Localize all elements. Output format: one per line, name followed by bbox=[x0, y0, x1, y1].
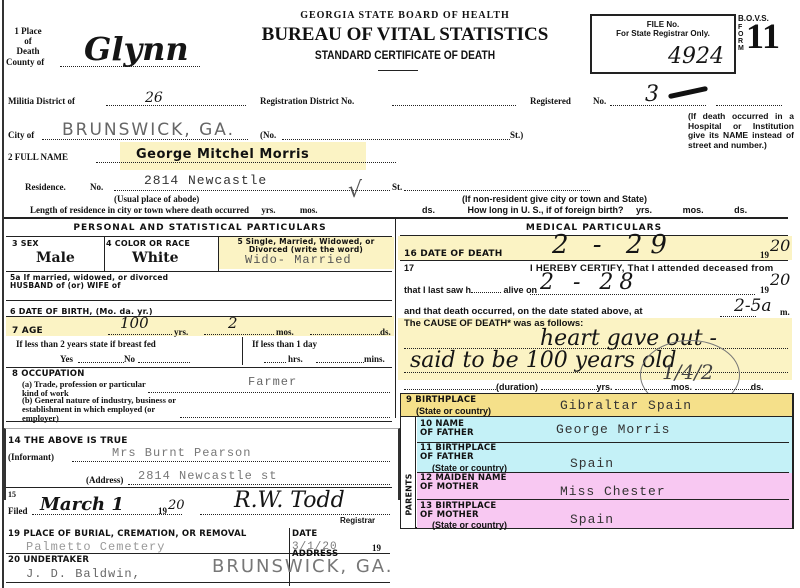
section-divider bbox=[4, 217, 788, 219]
residence-label: Residence. bbox=[25, 182, 66, 192]
form-number: 11 bbox=[746, 16, 780, 56]
marital-label: 5 Single, Married, Widowed, or Divorced … bbox=[222, 238, 390, 254]
registered-no-label: No. bbox=[593, 96, 606, 106]
residence-no-label: No. bbox=[90, 182, 103, 192]
age-years-line bbox=[108, 334, 172, 335]
marital-value: Wido- Married bbox=[245, 253, 352, 267]
column-divider bbox=[395, 218, 396, 418]
undertaker-rule bbox=[6, 582, 390, 583]
address-line bbox=[128, 484, 390, 485]
militia-value: 26 bbox=[145, 90, 163, 106]
board-title: GEORGIA STATE BOARD OF HEALTH bbox=[270, 10, 540, 21]
file-number-box: FILE No. For State Registrar Only. 4924 bbox=[590, 14, 736, 74]
age-ds-unit: ds. bbox=[380, 327, 391, 337]
age-yrs-unit: yrs. bbox=[174, 327, 188, 337]
race-marital-divider bbox=[218, 237, 219, 271]
row-rule-5a bbox=[6, 300, 392, 301]
foreign-birth-label: ds. How long in U. S., if of foreign bir… bbox=[422, 205, 747, 215]
residence-value: 2814 Newcastle bbox=[144, 173, 267, 188]
informant-heading: 14 THE ABOVE IS TRUE bbox=[8, 437, 128, 446]
full-name-label: 2 FULL NAME bbox=[8, 152, 68, 162]
length-of-residence-label: Length of residence in city or town wher… bbox=[30, 205, 318, 215]
personal-section-title: PERSONAL AND STATISTICAL PARTICULARS bbox=[10, 224, 390, 233]
date-of-death-label: 16 DATE OF DEATH bbox=[404, 250, 503, 259]
city-label: City of bbox=[8, 130, 34, 140]
residence-check-mark: √ bbox=[348, 178, 362, 203]
occupation-label: 8 OCCUPATION bbox=[12, 370, 85, 379]
registrar-signature: R.W. Todd bbox=[234, 488, 345, 513]
full-name-value: George Mitchel Morris bbox=[136, 147, 309, 162]
mother-name-rule bbox=[417, 499, 789, 500]
age-months-value: 2 bbox=[228, 314, 238, 332]
registration-district-line bbox=[392, 105, 516, 106]
registrar-line bbox=[200, 514, 390, 515]
cause-line-2-value: said to be 100 years old bbox=[410, 348, 676, 373]
row-rule-6 bbox=[6, 316, 392, 317]
certify-number: 17 bbox=[404, 263, 414, 273]
burial-date-label: DATE bbox=[292, 530, 317, 539]
hrs-label: hrs. bbox=[288, 354, 303, 364]
birthplace-label: 9 BIRTHPLACE bbox=[406, 396, 476, 405]
parents-side-label: PARENTS bbox=[405, 473, 414, 517]
last-saw-value: 2 - 28 bbox=[540, 270, 639, 295]
certificate-title: STANDARD CERTIFICATE OF DEATH bbox=[265, 48, 546, 62]
address-label: (Address) bbox=[86, 475, 123, 485]
mother-birth-sub: (State or country) bbox=[432, 520, 507, 530]
occupation-b-label: (b) General nature of industry, business… bbox=[22, 396, 188, 423]
undertaker-address-value: BRUNSWICK, GA. bbox=[212, 556, 394, 577]
place-of-death-label: 1 Place of Death bbox=[8, 26, 48, 56]
yes-line bbox=[78, 362, 124, 363]
informant-label: (Informant) bbox=[8, 452, 54, 462]
filed-label: Filed bbox=[8, 506, 28, 516]
sex-label: 3 SEX bbox=[12, 239, 39, 248]
registered-label: Registered bbox=[530, 96, 571, 106]
hospital-note: (If death occurred in a Hospital or Inst… bbox=[688, 112, 794, 150]
death-time-value: 2-5a bbox=[734, 296, 772, 316]
undertaker-label: 20 UNDERTAKER bbox=[8, 556, 89, 565]
father-birth-value: Spain bbox=[570, 456, 614, 471]
mother-name-value: Miss Chester bbox=[560, 484, 666, 499]
no-label: No bbox=[124, 354, 135, 364]
age-years-value: 100 bbox=[120, 314, 149, 332]
undertaker-value: J. D. Baldwin, bbox=[26, 567, 141, 581]
mins-label: mins. bbox=[364, 354, 385, 364]
title-underline bbox=[378, 70, 418, 71]
mother-birth-label: 13 BIRTHPLACE OF MOTHER bbox=[420, 502, 500, 520]
last-saw-year: 20 bbox=[770, 270, 790, 289]
city-value: BRUNSWICK, GA. bbox=[62, 120, 235, 140]
mother-name-label: 12 MAIDEN NAME OF MOTHER bbox=[420, 474, 510, 492]
militia-line bbox=[106, 105, 246, 106]
bureau-title: BUREAU OF VITAL STATISTICS bbox=[240, 24, 570, 46]
occupation-b-line bbox=[180, 417, 390, 418]
less-day-label: If less than 1 day bbox=[252, 339, 317, 349]
occupation-bottom-rule bbox=[6, 421, 392, 422]
occupation-a-value: Farmer bbox=[248, 375, 297, 389]
usual-place-note: (Usual place of abode) bbox=[114, 194, 199, 204]
burial-value: Palmetto Cemetery bbox=[26, 540, 165, 554]
age-label: 7 AGE bbox=[12, 327, 43, 336]
county-label: County of bbox=[6, 57, 44, 67]
father-name-label: 10 NAME OF FATHER bbox=[420, 420, 480, 438]
registrar-label: Registrar bbox=[340, 516, 375, 525]
registered-extra-line bbox=[716, 105, 782, 106]
last-saw-label: that I last saw h alive on bbox=[404, 285, 537, 295]
mins-line bbox=[316, 362, 364, 363]
mother-birth-value: Spain bbox=[570, 512, 614, 527]
form-vertical-label: FORM bbox=[738, 24, 746, 52]
father-name-value: George Morris bbox=[556, 422, 670, 437]
filed-year: 20 bbox=[168, 498, 185, 513]
date-of-death-year-prefix: 19 bbox=[760, 250, 769, 260]
race-value: White bbox=[132, 250, 179, 266]
sex-value: Male bbox=[36, 250, 75, 266]
age-highlight bbox=[6, 316, 394, 336]
filed-year-prefix: 19 bbox=[158, 506, 167, 516]
birthplace-sub: (State or country) bbox=[416, 406, 491, 416]
file-number-value: 4924 bbox=[668, 44, 724, 69]
date-of-death-year: 20 bbox=[770, 236, 790, 255]
street-suffix: St.) bbox=[510, 130, 523, 140]
sex-race-divider bbox=[104, 237, 105, 271]
father-birth-label: 11 BIRTHPLACE OF FATHER bbox=[420, 444, 500, 462]
death-time-suffix: m. bbox=[780, 307, 790, 317]
breastfed-divider bbox=[242, 337, 243, 365]
age-months-line bbox=[204, 334, 274, 335]
burial-date-year-prefix: 19 bbox=[372, 543, 381, 553]
duration-handwriting: 1/4/2 bbox=[662, 360, 714, 384]
age-days-line bbox=[310, 334, 380, 335]
row-rule-3 bbox=[6, 271, 392, 272]
last-saw-year-prefix: 19 bbox=[760, 285, 769, 295]
death-time-label: and that death occurred, on the date sta… bbox=[404, 307, 643, 317]
spouse-label: 5a If married, widowed, or divorced HUSB… bbox=[10, 274, 210, 290]
residence-st-label: St. bbox=[392, 182, 402, 192]
burial-label: 19 PLACE OF BURIAL, CREMATION, OR REMOVA… bbox=[8, 530, 246, 539]
birthplace-value: Gibraltar Spain bbox=[560, 398, 692, 413]
breastfed-label: If less than 2 years state if breast fed bbox=[16, 339, 156, 349]
registration-district-label: Registration District No. bbox=[260, 96, 354, 106]
filed-number: 15 bbox=[8, 490, 16, 500]
residence-st-line bbox=[404, 190, 590, 191]
informant-value: Mrs Burnt Pearson bbox=[112, 446, 251, 460]
date-of-death-value: 2 - 29 bbox=[552, 230, 675, 260]
militia-label: Militia District of bbox=[8, 96, 75, 106]
race-label: 4 COLOR OR RACE bbox=[106, 239, 190, 248]
hrs-line bbox=[264, 362, 286, 363]
file-box-title: FILE No. bbox=[592, 20, 734, 29]
street-no-line bbox=[282, 139, 510, 140]
duration-row: (duration) yrs. mos. ds. bbox=[404, 382, 788, 392]
no-line bbox=[138, 362, 190, 363]
date-of-death-rule bbox=[400, 260, 788, 261]
occupation-a-line bbox=[148, 392, 390, 393]
nonresident-note: (If non-resident give city or town and S… bbox=[462, 194, 647, 204]
death-time-line bbox=[720, 316, 756, 317]
row-rule-7 bbox=[6, 367, 392, 368]
registered-check-mark bbox=[668, 86, 708, 99]
registered-value: 3 bbox=[645, 82, 659, 107]
age-mos-unit: mos. bbox=[276, 327, 294, 337]
informant-line bbox=[72, 461, 390, 462]
street-no-label: (No. bbox=[260, 130, 276, 140]
county-value: Glynn bbox=[84, 30, 189, 68]
address-value: 2814 Newcastle st bbox=[138, 469, 277, 483]
filed-value: March 1 bbox=[40, 494, 124, 515]
file-box-subtitle: For State Registrar Only. bbox=[592, 29, 734, 38]
yes-label: Yes bbox=[60, 354, 73, 364]
full-name-line bbox=[96, 162, 396, 163]
